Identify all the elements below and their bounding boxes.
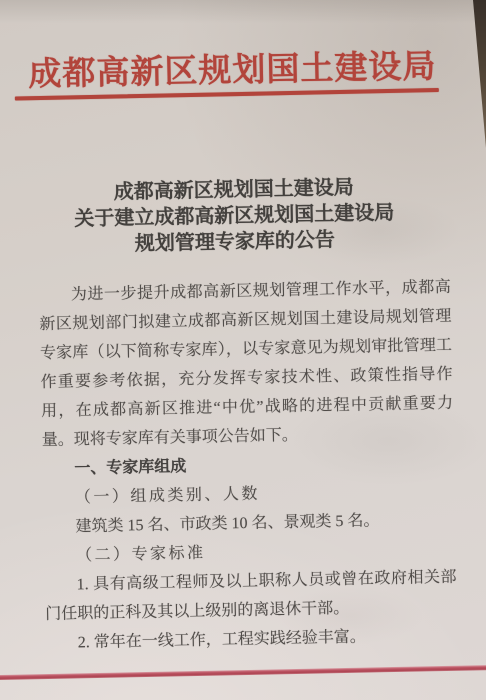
letterhead-agency-name: 成都高新区规划国土建设局 (0, 39, 471, 96)
footer-red-rule (0, 665, 486, 680)
criteria-item-1: 1. 具有高级工程师及以上职称人员或曾在政府相关部门任职的正科及其以上级别的离退… (44, 563, 457, 629)
document-body: 为进一步提升成都高新区规划管理工作水平，成都高新区规划部门拟建立成都高新区规划国… (39, 273, 458, 658)
document-content: 成都高新区规划国土建设局 成都高新区规划国土建设局 关于建立成都高新区规划国土建… (0, 0, 486, 700)
photo-frame: 成都高新区规划国土建设局 成都高新区规划国土建设局 关于建立成都高新区规划国土建… (0, 0, 486, 700)
document-title: 成都高新区规划国土建设局 关于建立成都高新区规划国土建设局 规划管理专家库的公告 (0, 172, 472, 259)
document-page: 成都高新区规划国土建设局 成都高新区规划国土建设局 关于建立成都高新区规划国土建… (0, 0, 486, 700)
intro-paragraph: 为进一步提升成都高新区规划管理工作水平，成都高新区规划部门拟建立成都高新区规划国… (39, 273, 454, 455)
